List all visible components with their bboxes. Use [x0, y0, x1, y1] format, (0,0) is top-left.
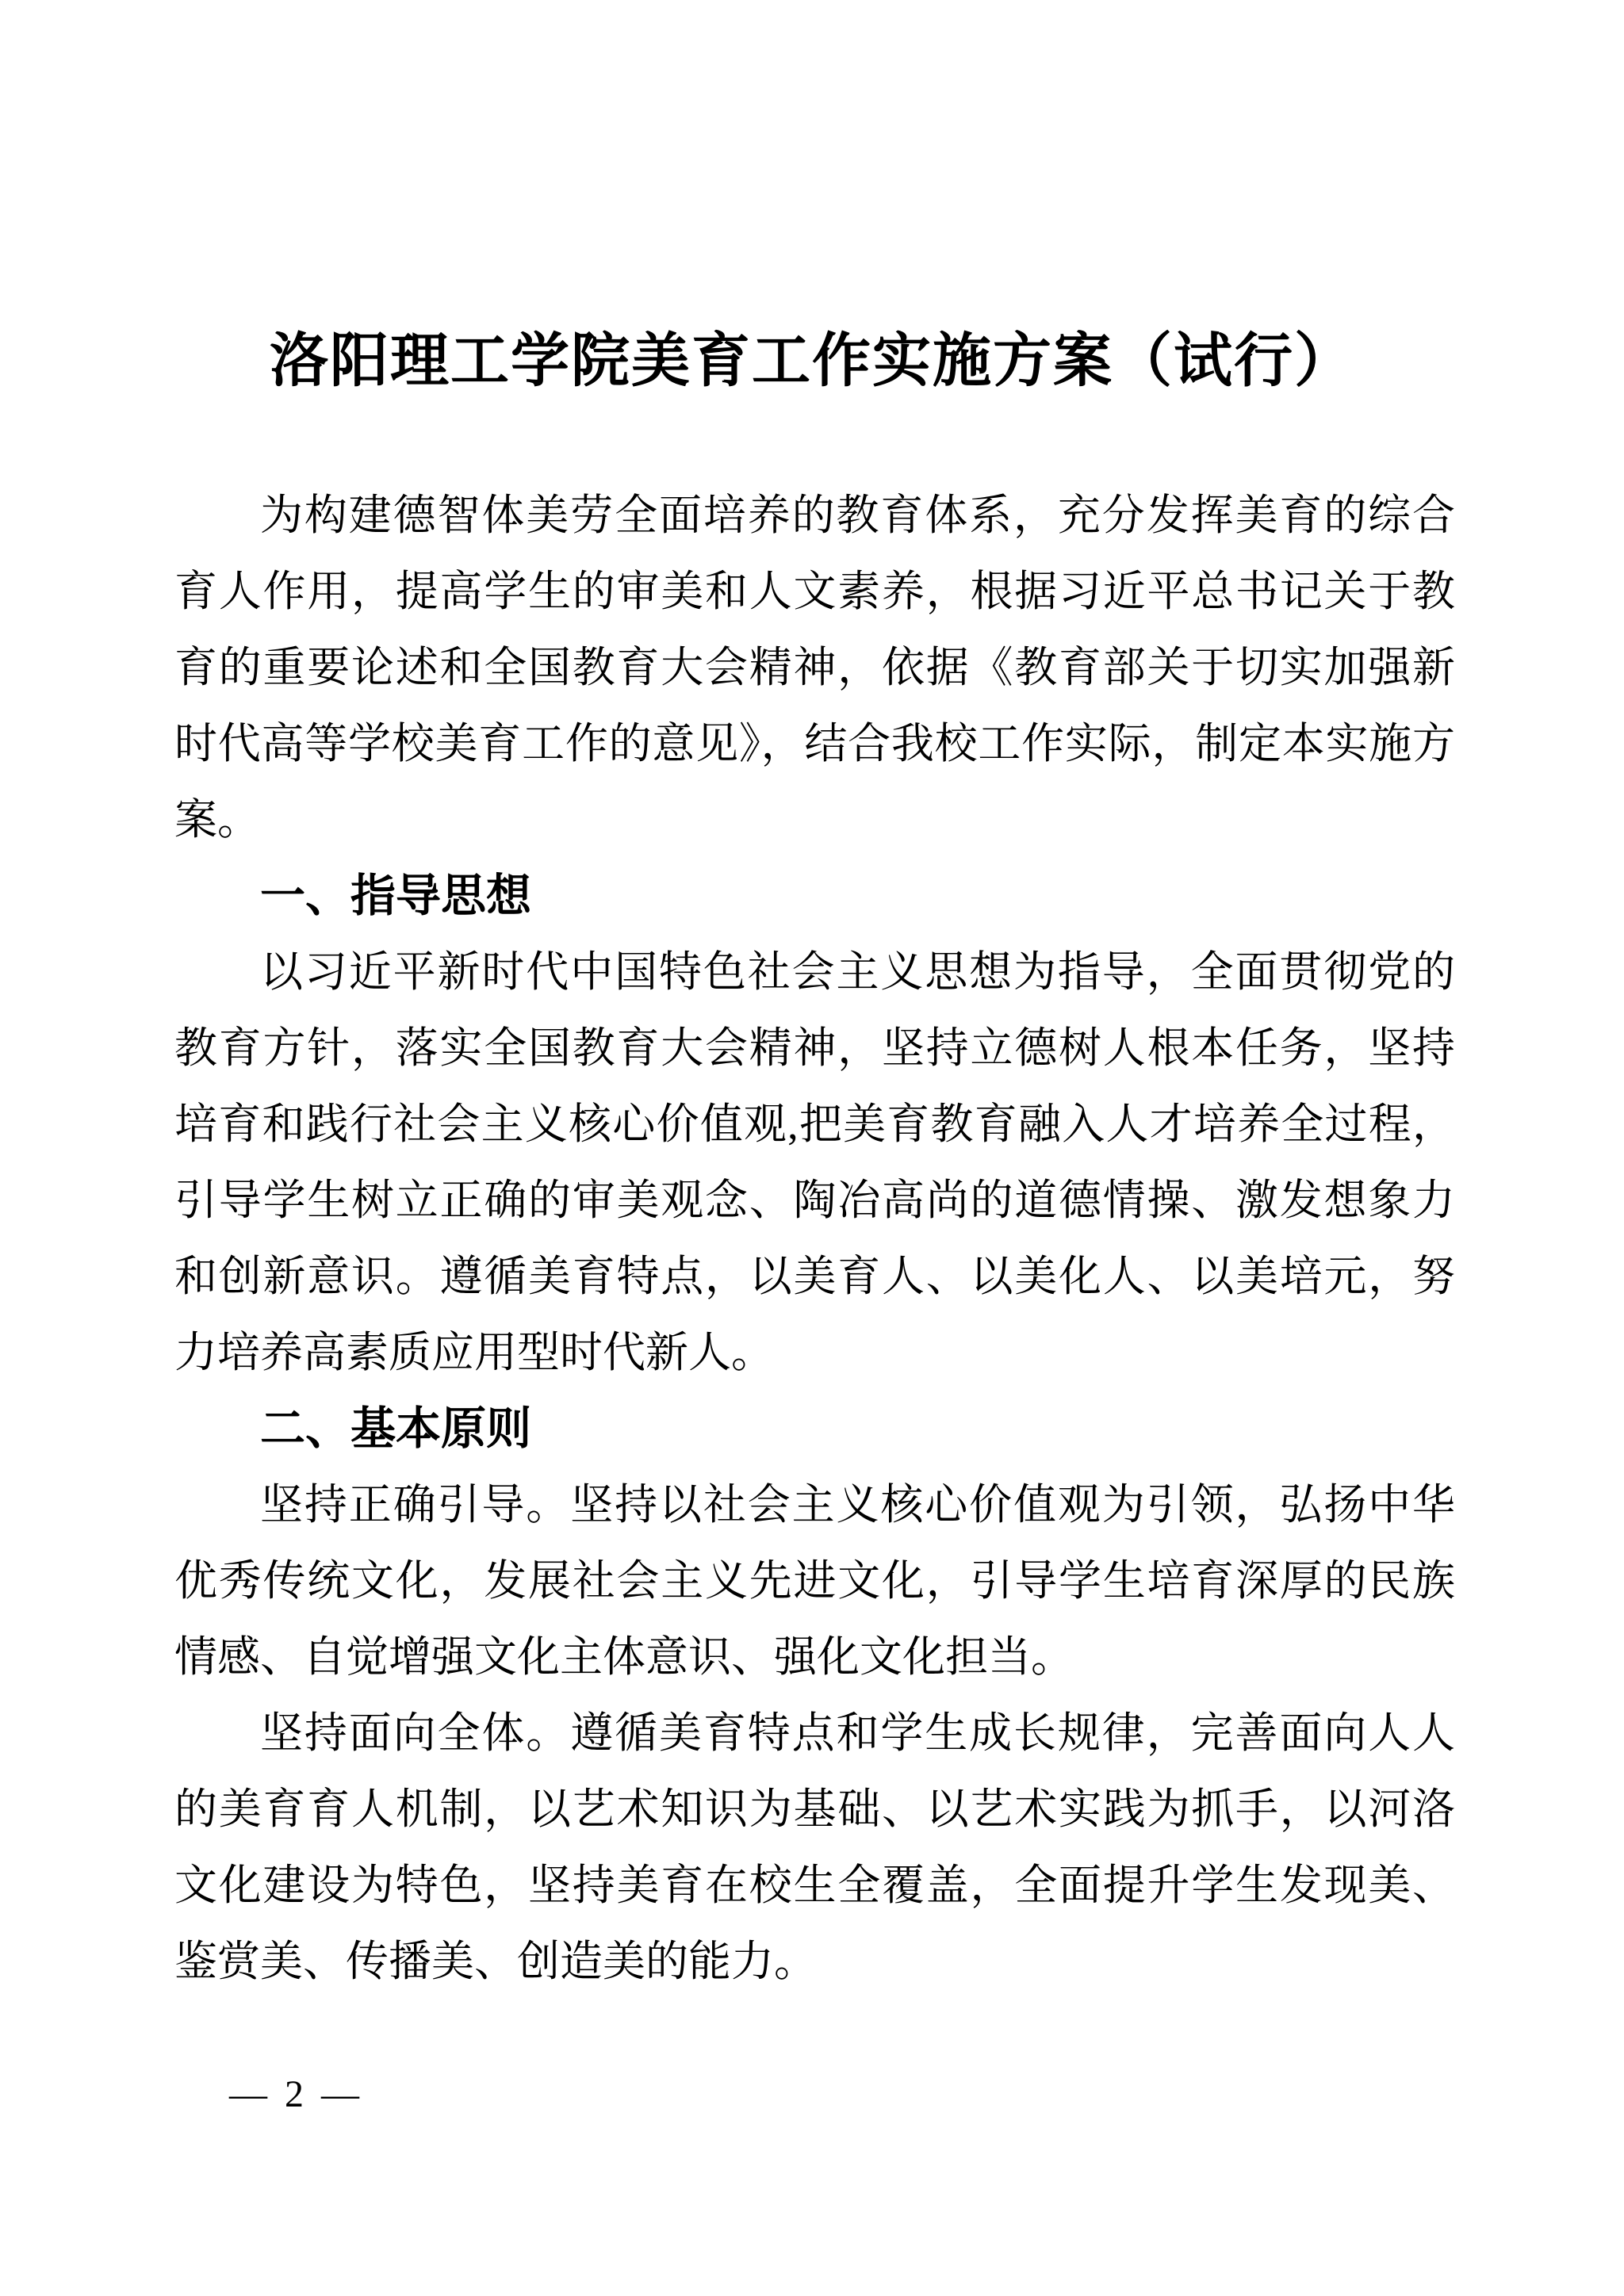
body-line: 以习近平新时代中国特色社会主义思想为指导，全面贯彻党的: [174, 934, 1455, 1010]
body-line: 培育和践行社会主义核心价值观,把美育教育融入人才培养全过程，: [174, 1086, 1455, 1162]
body-line: 的美育育人机制，以艺术知识为基础、以艺术实践为抓手，以河洛: [174, 1771, 1455, 1847]
document-page: { "page": { "colors": { "background": "#…: [0, 0, 1624, 2296]
body-line: 和创新意识。遵循美育特点，以美育人、以美化人、以美培元，努: [174, 1238, 1455, 1314]
body-line: 力培养高素质应用型时代新人。: [174, 1314, 1455, 1391]
body-line: 坚持面向全体。遵循美育特点和学生成长规律，完善面向人人: [174, 1695, 1455, 1771]
body-line: 时代高等学校美育工作的意见》，结合我校工作实际，制定本实施方: [174, 706, 1455, 782]
body-line: 坚持正确引导。坚持以社会主义核心价值观为引领，弘扬中华: [174, 1467, 1455, 1543]
body-line: 引导学生树立正确的审美观念、陶冶高尚的道德情操、激发想象力: [174, 1162, 1455, 1238]
document-title: 洛阳理工学院美育工作实施方案（试行）: [0, 322, 1624, 401]
body-line: 为构建德智体美劳全面培养的教育体系，充分发挥美育的综合: [174, 477, 1455, 553]
body-line: 育的重要论述和全国教育大会精神，依据《教育部关于切实加强新: [174, 629, 1455, 706]
body-line: 教育方针，落实全国教育大会精神，坚持立德树人根本任务，坚持: [174, 1010, 1455, 1086]
body-line: 情感、自觉增强文化主体意识、强化文化担当。: [174, 1619, 1455, 1695]
body-line: 案。: [174, 782, 1455, 858]
body-line: 育人作用，提高学生的审美和人文素养，根据习近平总书记关于教: [174, 553, 1455, 629]
body-line: 鉴赏美、传播美、创造美的能力。: [174, 1923, 1455, 1999]
section-heading: 一、指导思想: [174, 858, 1455, 934]
body-line: 优秀传统文化，发展社会主义先进文化，引导学生培育深厚的民族: [174, 1543, 1455, 1619]
section-heading: 二、基本原则: [174, 1391, 1455, 1467]
body-line: 文化建设为特色，坚持美育在校生全覆盖，全面提升学生发现美、: [174, 1847, 1455, 1923]
document-body: 为构建德智体美劳全面培养的教育体系，充分发挥美育的综合 育人作用，提高学生的审美…: [174, 477, 1455, 1999]
page-sheet: 洛阳理工学院美育工作实施方案（试行） 为构建德智体美劳全面培养的教育体系，充分发…: [0, 0, 1624, 2296]
page-number: — 2 —: [229, 2071, 363, 2118]
